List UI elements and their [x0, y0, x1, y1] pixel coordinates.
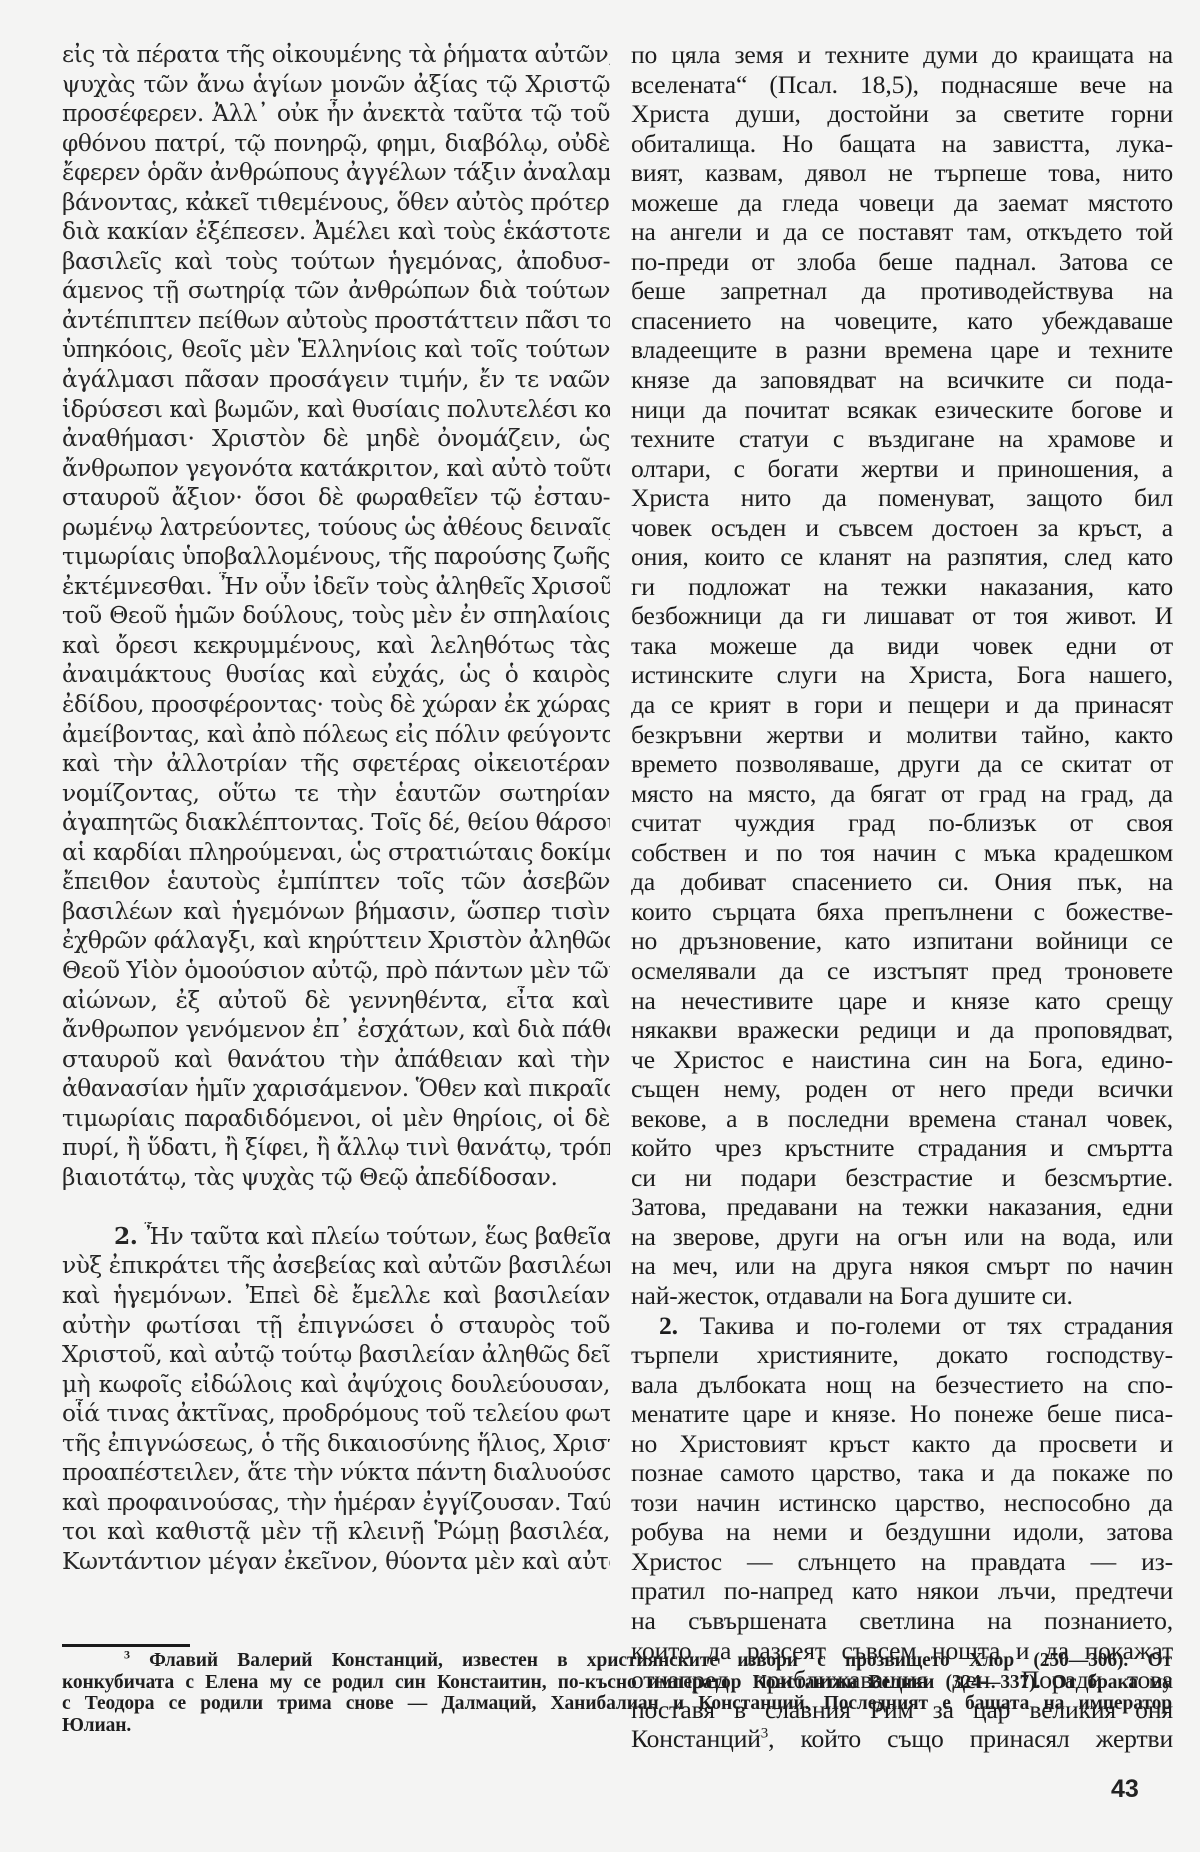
text-line: търпели християните, докато господству- — [631, 1340, 1173, 1370]
greek-text-column: εἰς τὰ πέρατα τῆς οἰκουμένης τὰ ῥήματα α… — [62, 40, 610, 1576]
text-line: менатите царе и князе. Но понеже беше пи… — [631, 1399, 1173, 1429]
footnote-line: конкубичата с Елена му се родил син Конс… — [62, 1672, 1172, 1694]
text-line: но дръзновение, като изпитани войници се — [631, 926, 1173, 956]
page-number: 43 — [1111, 1775, 1139, 1804]
text-line: човек осъден и съвсем достоен за кръст, … — [631, 513, 1173, 543]
text-line: пратил по-напред като някои лъчи, предте… — [631, 1576, 1173, 1606]
text-line: спасението на човеците, като убеждаваше — [631, 306, 1173, 336]
text-line: считат чуждия град по-близък от своя — [631, 808, 1173, 838]
text-line: νὺξ ἐπικράτει τῆς ἀσεβείας καὶ αὐτῶν βασ… — [62, 1251, 610, 1281]
text-line: προαπέστειλεν, ἅτε τὴν νύκτα πάντη διαλυ… — [62, 1458, 610, 1488]
section-number: 2. — [659, 1311, 678, 1340]
text-line: ници да почитат всякак езическите богове… — [631, 395, 1173, 425]
text-line: τιμωρίαις ὑποβαλλομένους, τῆς παρούσης ζ… — [62, 542, 610, 572]
text-line: ἀντέπιπτεν πείθων αὐτοὺς προστάττειν πᾶσ… — [62, 306, 610, 336]
text-line: ἀγαπητῶς διακλέπτοντας. Τοῖς δέ, θείου θ… — [62, 808, 610, 838]
text-line: безбожници да ги лишават от тоя живот. И — [631, 601, 1173, 631]
text-line: място на място, да бягат от град на град… — [631, 779, 1173, 809]
text-line: ἐδίδου, προσφέροντας· τοὺς δὲ χώραν ἐκ χ… — [62, 690, 610, 720]
text-line: ρωμένῳ λατρεύοντες, τούους ὡς ἀθέους δει… — [62, 513, 610, 543]
text-line: καὶ προφαινούσας, τὴν ἡμέραν ἐγγίζουσαν.… — [62, 1488, 610, 1518]
text-line: по цяла земя и техните думи до краищата … — [631, 40, 1173, 70]
text-line: τῆς ἐπιγνώσεως, ὁ τῆς δικαιοσύνης ἥλιος,… — [62, 1429, 610, 1459]
footnote-line: с Теодора се родили трима снове — Далмац… — [62, 1693, 1172, 1715]
text-line: на нечестивите царе и князе като срещу — [631, 986, 1173, 1016]
text-line: ἀναθήμασι· Χριστὸν δὲ μηδὲ ὀνομάζειν, ὡς — [62, 424, 610, 454]
text-line: някакви вражески редици и да проповядват… — [631, 1015, 1173, 1045]
bulgarian-text-column: по цяла земя и техните думи до краищата … — [631, 40, 1173, 1754]
text-line: си ни подари безстрастие и безсмъртие. — [631, 1163, 1173, 1193]
text-line: Χριστοῦ, καὶ αὐτῷ τούτῳ βασιλείαν ἀληθῶς… — [62, 1340, 610, 1370]
text-line: на ангели и да се поставят там, откъдето… — [631, 217, 1173, 247]
book-page: εἰς τὰ πέρατα τῆς οἰκουμένης τὰ ῥήματα α… — [0, 0, 1200, 1852]
text-line: ἀμείβοντας, καὶ ἀπὸ πόλεως εἰς πόλιν φεύ… — [62, 720, 610, 750]
text-line: на меч, или на друга някоя смърт по начи… — [631, 1251, 1173, 1281]
text-line: вала дълбоката нощ на безчестието на спо… — [631, 1370, 1173, 1400]
text-line: да се крият в гори и пещери и да принася… — [631, 690, 1173, 720]
text-line: ἄνθρωπον γεγονότα κατάκριτον, καὶ αὐτὸ τ… — [62, 454, 610, 484]
text-line: князе да заповядват на всичките си пода- — [631, 365, 1173, 395]
text-line: този начин истинско царство, неспособно … — [631, 1488, 1173, 1518]
text-line: който чрез кръстните страдания и смъртта — [631, 1133, 1173, 1163]
text-line: да добиват спасението си. Ония пък, на — [631, 867, 1173, 897]
text-line: ἔφερεν ὁρᾶν ἀνθρώπους ἀγγέλων τάξιν ἀναλ… — [62, 158, 610, 188]
text-line: истинските слуги на Христа, Бога нашего, — [631, 660, 1173, 690]
text-line: беше запретнал да противодействува на — [631, 276, 1173, 306]
text-line: Ἦν ταῦτα καὶ πλείω τούτων, ἕως βαθεῖα — [137, 1223, 610, 1250]
text-line: διὰ κακίαν ἐξέπεσεν. Ἀμέλει καὶ τοὺς ἑκά… — [62, 217, 610, 247]
text-line: Христа нито да поменуват, защото бил — [631, 483, 1173, 513]
text-line: ἐκτέμνεσθαι. Ἦν οὖν ἰδεῖν τοὺς ἀληθεῖς Χ… — [62, 572, 610, 602]
text-line: ги подложат на тежки наказания, като — [631, 572, 1173, 602]
text-line: владеещите в разни времена царе и технит… — [631, 335, 1173, 365]
paragraph-gap — [62, 1192, 610, 1222]
text-line: ἔπειθον ἑαυτοὺς ἐμπίπτεν τοῖς τῶν ἀσεβῶν — [62, 867, 610, 897]
text-line: ὑπηκόοις, θεοῖς μὲν Ἑλληνίοις καὶ τοῖς τ… — [62, 335, 610, 365]
text-line: Христа души, достойни за светите горни — [631, 99, 1173, 129]
text-line: αὐτὴν φωτίσαι τῇ ἐπιγνώσει ὁ σταυρὸς τοῦ — [62, 1311, 610, 1341]
text-line: φθόνου πατρί, τῷ πονηρῷ, φημι, διαβόλῳ, … — [62, 129, 610, 159]
text-line: πυρί, ἢ ὕδατι, ἢ ξίφει, ἢ ἄλλῳ τινὶ θανά… — [62, 1133, 610, 1163]
text-line: олтари, с богати жертви и приношения, а — [631, 454, 1173, 484]
text-line: ἀγάλμασι πᾶσαν προσάγειν τιμήν, ἔν τε να… — [62, 365, 610, 395]
footnote-line: 3 Флавий Валерий Констанций, известен в … — [62, 1650, 1172, 1672]
text-line: можеше да гледа човеци да заемат мястото — [631, 188, 1173, 218]
text-line: безкръвни жертви и молитви тайно, както — [631, 720, 1173, 750]
text-line: на зверове, други на огън или на вода, и… — [631, 1222, 1173, 1252]
text-line: βασιλεῖς καὶ τοὺς τούτων ἡγεμόνας, ἀποδυ… — [62, 247, 610, 277]
text-line: καὶ τὴν ἀλλοτρίαν τῆς σφετέρας οἰκειοτέρ… — [62, 749, 610, 779]
text-line: σταυροῦ ἄξιον· ὅσοι δὲ φωραθεῖεν τῷ ἐστα… — [62, 483, 610, 513]
text-line: така можеше да види човек едни от — [631, 631, 1173, 661]
text-line: Такива и по-големи от тях страдания — [678, 1311, 1173, 1340]
text-line: ἄνθρωπον γενόμενον ἐπ᾽ ἐσχάτων, καὶ διὰ … — [62, 1015, 610, 1045]
footnote-block: 3 Флавий Валерий Констанций, известен в … — [62, 1650, 1172, 1736]
text-line: времето позволяваше, други да се скитат … — [631, 749, 1173, 779]
text-line: векове, а в последни времена станал чове… — [631, 1104, 1173, 1134]
text-line: εἰς τὰ πέρατα τῆς οἰκουμένης τὰ ῥήματα α… — [62, 40, 610, 70]
text-line: καὶ ὄρεσι κεκρυμμένους, καὶ λεληθότως τὰ… — [62, 631, 610, 661]
text-line: Κωντάντιον μέγαν ἐκεῖνον, θύοντα μὲν καὶ… — [62, 1547, 610, 1577]
text-line: познае самото царство, така и да покаже … — [631, 1458, 1173, 1488]
text-line: βάνοντας, κἀκεῖ τιθεμένους, ὅθεν αὐτὸς π… — [62, 188, 610, 218]
text-line: καὶ ἡγεμόνων. Ἐπεὶ δὲ ἔμελλε καὶ βασιλεί… — [62, 1281, 610, 1311]
text-line: по-преди от злоба беше паднал. Затова се — [631, 247, 1173, 277]
text-line: ψυχὰς τῶν ἄνω ἁγίων μονῶν ἀξίας τῷ Χριστ… — [62, 70, 610, 100]
text-line: ἐχθρῶν φάλαγξι, καὶ κηρύττειν Χριστὸν ἀλ… — [62, 926, 610, 956]
section-2-first-line: 2. Такива и по-големи от тях страдания — [631, 1311, 1173, 1341]
text-line: αἱ καρδίαι πληρούμεναι, ὡς στρατιώταις δ… — [62, 838, 610, 868]
text-line: обиталища. Но бащата на завистта, лука- — [631, 129, 1173, 159]
text-line: вселената“ (Псал. 18,5), поднасяше вече … — [631, 70, 1173, 100]
text-line: μὴ κωφοῖς εἰδώλοις καὶ ἀψύχοις δουλεύουσ… — [62, 1370, 610, 1400]
text-line: αἰώνων, ἐξ αὐτοῦ δὲ γεννηθέντα, εἶτα καὶ — [62, 986, 610, 1016]
text-line: σταυροῦ καὶ θανάτου τὴν ἀπάθειαν καὶ τὴν — [62, 1045, 610, 1075]
section-number: 2. — [114, 1223, 137, 1250]
text-line: най-жесток, отдавали на Бога душите си. — [631, 1281, 1173, 1311]
footnote-line: Юлиан. — [62, 1715, 1172, 1737]
text-line: τοῦ Θεοῦ ἡμῶν δούλους, τοὺς μὲν ἐν σπηλα… — [62, 601, 610, 631]
text-line: осмелявали да се изстъпят пред троновете — [631, 956, 1173, 986]
text-line: собствен и по тоя начин с мъка крадешком — [631, 838, 1173, 868]
text-line: Затова, предавани на тежки наказания, ед… — [631, 1192, 1173, 1222]
text-line: τιμωρίαις παραδιδόμενοι, οἱ μὲν θηρίοις,… — [62, 1104, 610, 1134]
text-line: ἀθανασίαν ἡμῖν χαρισάμενον. Ὅθεν καὶ πικ… — [62, 1074, 610, 1104]
section-2-first-line: 2. Ἦν ταῦτα καὶ πλείω τούτων, ἕως βαθεῖα — [62, 1222, 610, 1252]
text-line: същен нему, роден от него преди всички — [631, 1074, 1173, 1104]
text-line: Христос — слънцето на правдата — из- — [631, 1547, 1173, 1577]
footnote-text: Флавий Валерий Констанций, известен в хр… — [130, 1650, 1172, 1671]
text-line: Θεοῦ Υἱὸν ὁμοούσιον αὐτῷ, πρὸ πάντων μὲν… — [62, 956, 610, 986]
text-line: ἀναιμάκτους θυσίας καὶ εὐχάς, ὡς ὁ καιρὸ… — [62, 660, 610, 690]
text-line: ония, които се кланят на разпятия, след … — [631, 542, 1173, 572]
text-line: άμενος τῇ σωτηρίᾳ τῶν ἀνθρώπων διὰ τούτω… — [62, 276, 610, 306]
text-line: но Христовият кръст както да просвети и — [631, 1429, 1173, 1459]
text-line: че Христос е наистина син на Бога, едино… — [631, 1045, 1173, 1075]
text-line: τοι καὶ καθιστᾷ μὲν τῇ κλεινῇ Ῥώμῃ βασιλ… — [62, 1517, 610, 1547]
text-line: ἱδρύσεσι καὶ βωμῶν, καὶ θυσίαις πολυτελέ… — [62, 395, 610, 425]
text-line: на съвършената светлина на познанието, — [631, 1606, 1173, 1636]
text-line: техните статуи с въздигане на храмове и — [631, 424, 1173, 454]
text-line: οἷά τινας ἀκτῖνας, προδρόμους τοῦ τελείο… — [62, 1399, 610, 1429]
text-line: вият, казвам, дявол не търпеше това, нит… — [631, 158, 1173, 188]
text-line: които сърцата бяха препълнени с божестве… — [631, 897, 1173, 927]
text-line: βιαιοτάτῳ, τὰς ψυχὰς τῷ Θεῷ ἀπεδίδοσαν. — [62, 1163, 610, 1193]
text-line: βασιλέων καὶ ἡγεμόνων βήμασιν, ὥσπερ τισ… — [62, 897, 610, 927]
text-line: προσέφερεν. Ἀλλ᾽ οὐκ ἦν ἀνεκτὰ ταῦτα τῷ … — [62, 99, 610, 129]
text-line: робува на неми и бездушни идоли, затова — [631, 1517, 1173, 1547]
text-line: νομίζοντας, οὕτω τε τὴν ἑαυτῶν σωτηρίαν — [62, 779, 610, 809]
